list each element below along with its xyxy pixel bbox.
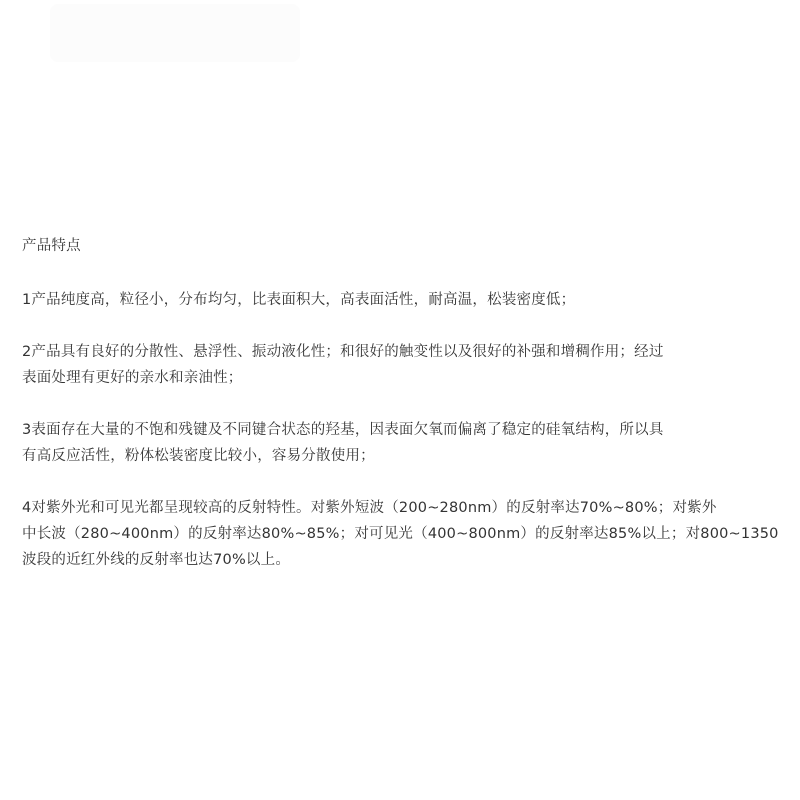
- paragraph-line: 3表面存在大量的不饱和残键及不同键合状态的羟基，因表面欠氧而偏离了稳定的硅氧结构…: [22, 422, 664, 438]
- paragraph-line: 表面处理有更好的亲水和亲油性；: [22, 370, 243, 386]
- product-features-document: 产品特点 1产品纯度高，粒径小，分布均匀，比表面积大，高表面活性，耐高温，松装密…: [22, 233, 782, 599]
- feature-paragraph-2: 2产品具有良好的分散性、悬浮性、振动液化性；和很好的触变性以及很好的补强和增稠作…: [22, 339, 782, 391]
- paragraph-line: 2产品具有良好的分散性、悬浮性、振动液化性；和很好的触变性以及很好的补强和增稠作…: [22, 344, 664, 360]
- faint-watermark-area: [50, 4, 300, 62]
- paragraph-line: 1产品纯度高，粒径小，分布均匀，比表面积大，高表面活性，耐高温，松装密度低；: [22, 292, 575, 308]
- paragraph-line: 中长波（280~400nm）的反射率达80%~85%；对可见光（400~800n…: [22, 526, 779, 542]
- feature-paragraph-3: 3表面存在大量的不饱和残键及不同键合状态的羟基，因表面欠氧而偏离了稳定的硅氧结构…: [22, 417, 782, 469]
- paragraph-line: 4对紫外光和可见光都呈现较高的反射特性。对紫外短波（200~280nm）的反射率…: [22, 500, 717, 516]
- section-heading: 产品特点: [22, 233, 782, 259]
- paragraph-line: 有高反应活性，粉体松装密度比较小，容易分散使用；: [22, 448, 375, 464]
- paragraph-line: 波段的近红外线的反射率也达70%以上。: [22, 552, 290, 568]
- feature-paragraph-1: 1产品纯度高，粒径小，分布均匀，比表面积大，高表面活性，耐高温，松装密度低；: [22, 287, 782, 313]
- feature-paragraph-4: 4对紫外光和可见光都呈现较高的反射特性。对紫外短波（200~280nm）的反射率…: [22, 495, 782, 573]
